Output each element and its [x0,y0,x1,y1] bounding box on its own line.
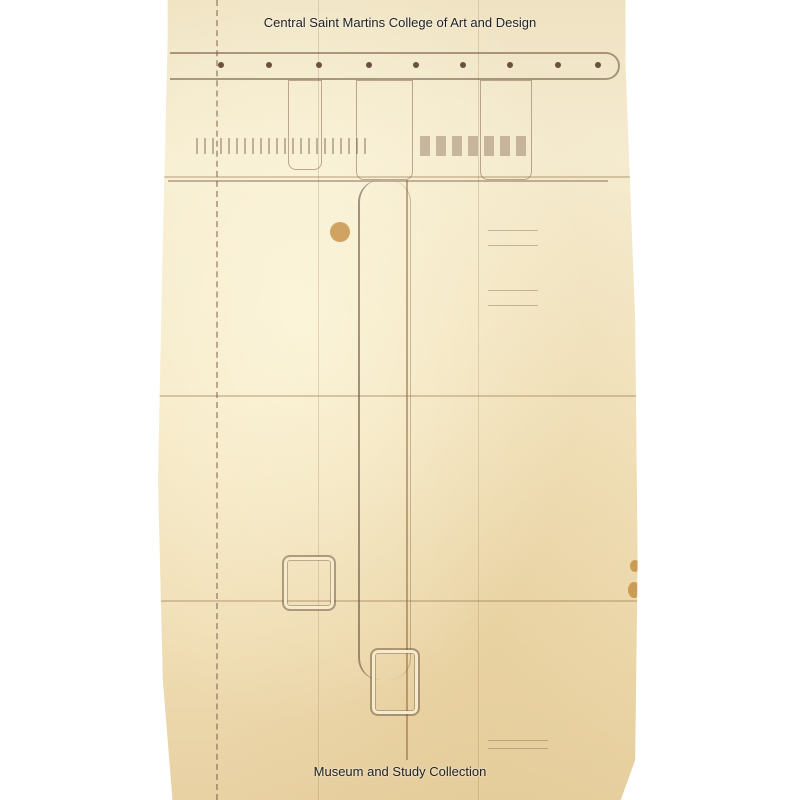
stain [630,560,640,572]
institution-caption: Central Saint Martins College of Art and… [0,15,800,30]
stain [628,582,640,598]
stain [330,222,350,242]
dentil-ornament [420,136,530,156]
turned-column [358,180,411,680]
bracket-box [288,80,322,170]
top-rail [170,52,620,80]
ruled-line [488,748,548,749]
drawing-paper [158,0,640,800]
bracket-box [480,80,532,180]
square-panel [282,555,336,611]
ruled-line [488,245,538,246]
collection-caption: Museum and Study Collection [0,764,800,779]
ruled-line [488,290,538,291]
ruled-line [488,740,548,741]
column-base-panel [370,648,420,716]
column-capital [356,80,413,180]
chevron-ornament [196,138,366,154]
ruled-line [488,305,538,306]
ruled-line [488,230,538,231]
